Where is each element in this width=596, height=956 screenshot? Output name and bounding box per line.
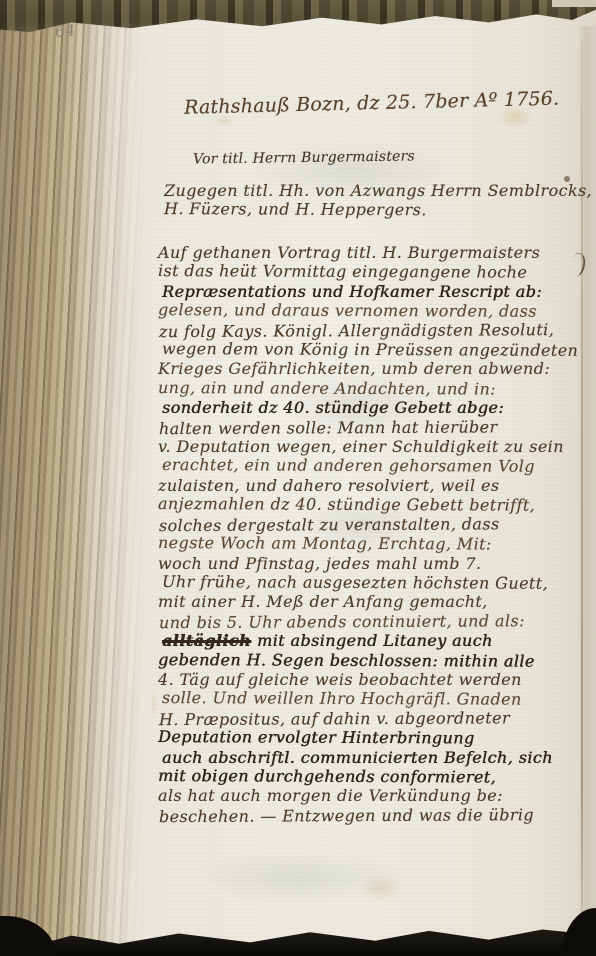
manuscript-line: solches dergestalt zu veranstalten, dass [159,514,594,536]
attendees-block: Zugegen titl. Hh. von Azwangs Herrn Semb… [164,181,588,220]
line-text: v. Deputation wegen, einer Schuldigkeit … [158,437,564,456]
line-text: ung, ain und andere Andachten, und in: [158,378,496,398]
manuscript-line: woch und Pfinstag, jedes mahl umb 7. [158,554,594,573]
line-text: H. Præpositus, auf dahin v. abgeordneter [159,708,510,729]
manuscript-line: auch abschriftl. communicierten Befelch,… [162,748,594,767]
manuscript-line: wegen dem von König in Preüssen angezünd… [162,339,594,360]
line-text: auch abschriftl. communicierten Befelch,… [162,748,553,767]
line-text: und bis 5. Uhr abends continuiert, und a… [159,611,525,632]
manuscript-line: als hat auch morgen die Verkündung be: [158,786,594,805]
line-text: Repræsentations und Hofkamer Rescript ab… [162,282,542,301]
manuscript-line: ung, ain und andere Andachten, und in: [158,378,594,399]
manuscript-line: anjezmahlen dz 40. stündige Gebett betri… [158,494,594,515]
manuscript-line: solle. Und weillen Ihro Hochgräfl. Gnade… [162,688,594,709]
manuscript-scan: 64 Rathshauß Bozn, dz 25. 7ber Aº 1756. … [0,0,596,956]
manuscript-line: Repræsentations und Hofkamer Rescript ab… [162,282,594,301]
line-text: Uhr frühe, nach ausgesezten höchsten Gue… [162,572,548,593]
manuscript-line: Krieges Gefährlichkeiten, umb deren abwe… [158,359,594,378]
manuscript-line: halten werden solle: Mann hat hierüber [159,417,594,439]
manuscript-line: erachtet, ein und anderen gehorsamen Vol… [162,456,594,477]
manuscript-line: gebenden H. Segen beschlossen: mithin al… [158,650,594,671]
manuscript-line: ist das heüt Vormittag eingegangene hoch… [158,261,594,282]
line-text: 4. Täg auf gleiche weis beobachtet werde… [158,670,522,689]
struck-word: alltäglich [162,631,251,650]
manuscript-line: Auf gethanen Vortrag titl. H. Burgermais… [158,243,594,262]
line-text: ist das heüt Vormittag eingegangene hoch… [158,261,527,282]
line-text: sonderheit dz 40. stündige Gebett abge: [162,398,504,417]
line-text: mit absingend Litaney auch [257,631,493,650]
line-text: Auf gethanen Vortrag titl. H. Burgermais… [158,243,540,262]
manuscript-line: v. Deputation wegen, einer Schuldigkeit … [158,437,594,456]
book-head-edge-highlight [552,0,596,7]
manuscript-line: zulaisten, und dahero resolviert, weil e… [158,476,594,495]
attendees-line: Zugegen titl. Hh. von Azwangs Herrn Semb… [164,181,588,200]
line-text: als hat auch morgen die Verkündung be: [158,786,503,805]
line-text: Krieges Gefährlichkeiten, umb deren abwe… [158,359,550,378]
manuscript-line: gelesen, und daraus vernomen worden, das… [158,300,594,321]
manuscript-line: mit ainer H. Meß der Anfang gemacht, [158,592,594,611]
manuscript-line: sonderheit dz 40. stündige Gebett abge: [162,398,594,417]
folio-number: 64 [54,21,77,41]
line-text: mit obigen durchgehends conformieret, [158,766,496,786]
attendees-line: H. Füzers, und H. Heppergers. [164,199,588,220]
line-text: gebenden H. Segen beschlossen: mithin al… [158,650,535,671]
line-text: Deputation ervolgter Hinterbringung [158,727,475,747]
line-text: beschehen. — Entzwegen und was die übrig [159,805,534,826]
book-page-edges [0,0,152,956]
line-text: solches dergestalt zu veranstalten, dass [159,514,500,535]
manuscript-line: Uhr frühe, nach ausgesezten höchsten Gue… [162,572,594,593]
line-text: solle. Und weillen Ihro Hochgräfl. Gnade… [162,688,522,709]
line-text: halten werden solle: Mann hat hierüber [159,417,498,438]
manuscript-line: H. Præpositus, auf dahin v. abgeordneter [159,708,594,730]
manuscript-line: negste Woch am Montag, Erchtag, Mit: [158,533,594,554]
manuscript-line: und bis 5. Uhr abends continuiert, und a… [159,611,594,633]
line-text: mit ainer H. Meß der Anfang gemacht, [158,592,488,611]
line-text: wegen dem von König in Preüssen angezünd… [162,339,578,360]
manuscript-line: mit obigen durchgehends conformieret, [158,766,594,787]
salutation-line: Vor titl. Herrn Burgermaisters [193,148,415,167]
manuscript-line: 4. Täg auf gleiche weis beobachtet werde… [158,670,594,689]
line-text: zu folg Kays. Königl. Allergnädigsten Re… [159,320,554,341]
line-text: woch und Pfinstag, jedes mahl umb 7. [158,554,481,573]
manuscript-line: alltäglichmit absingend Litaney auch [162,631,594,650]
line-text: zulaisten, und dahero resolviert, weil e… [158,476,499,495]
manuscript-line: Deputation ervolgter Hinterbringung [158,727,594,748]
body-lines: Auf gethanen Vortrag titl. H. Burgermais… [158,243,594,825]
manuscript-line: zu folg Kays. Königl. Allergnädigsten Re… [159,319,594,341]
line-text: anjezmahlen dz 40. stündige Gebett betri… [158,494,535,515]
line-text: erachtet, ein und anderen gehorsamen Vol… [162,456,535,477]
line-text: negste Woch am Montag, Erchtag, Mit: [158,533,492,553]
line-text: gelesen, und daraus vernomen worden, das… [158,300,537,321]
manuscript-line: beschehen. — Entzwegen und was die übrig [159,805,594,827]
